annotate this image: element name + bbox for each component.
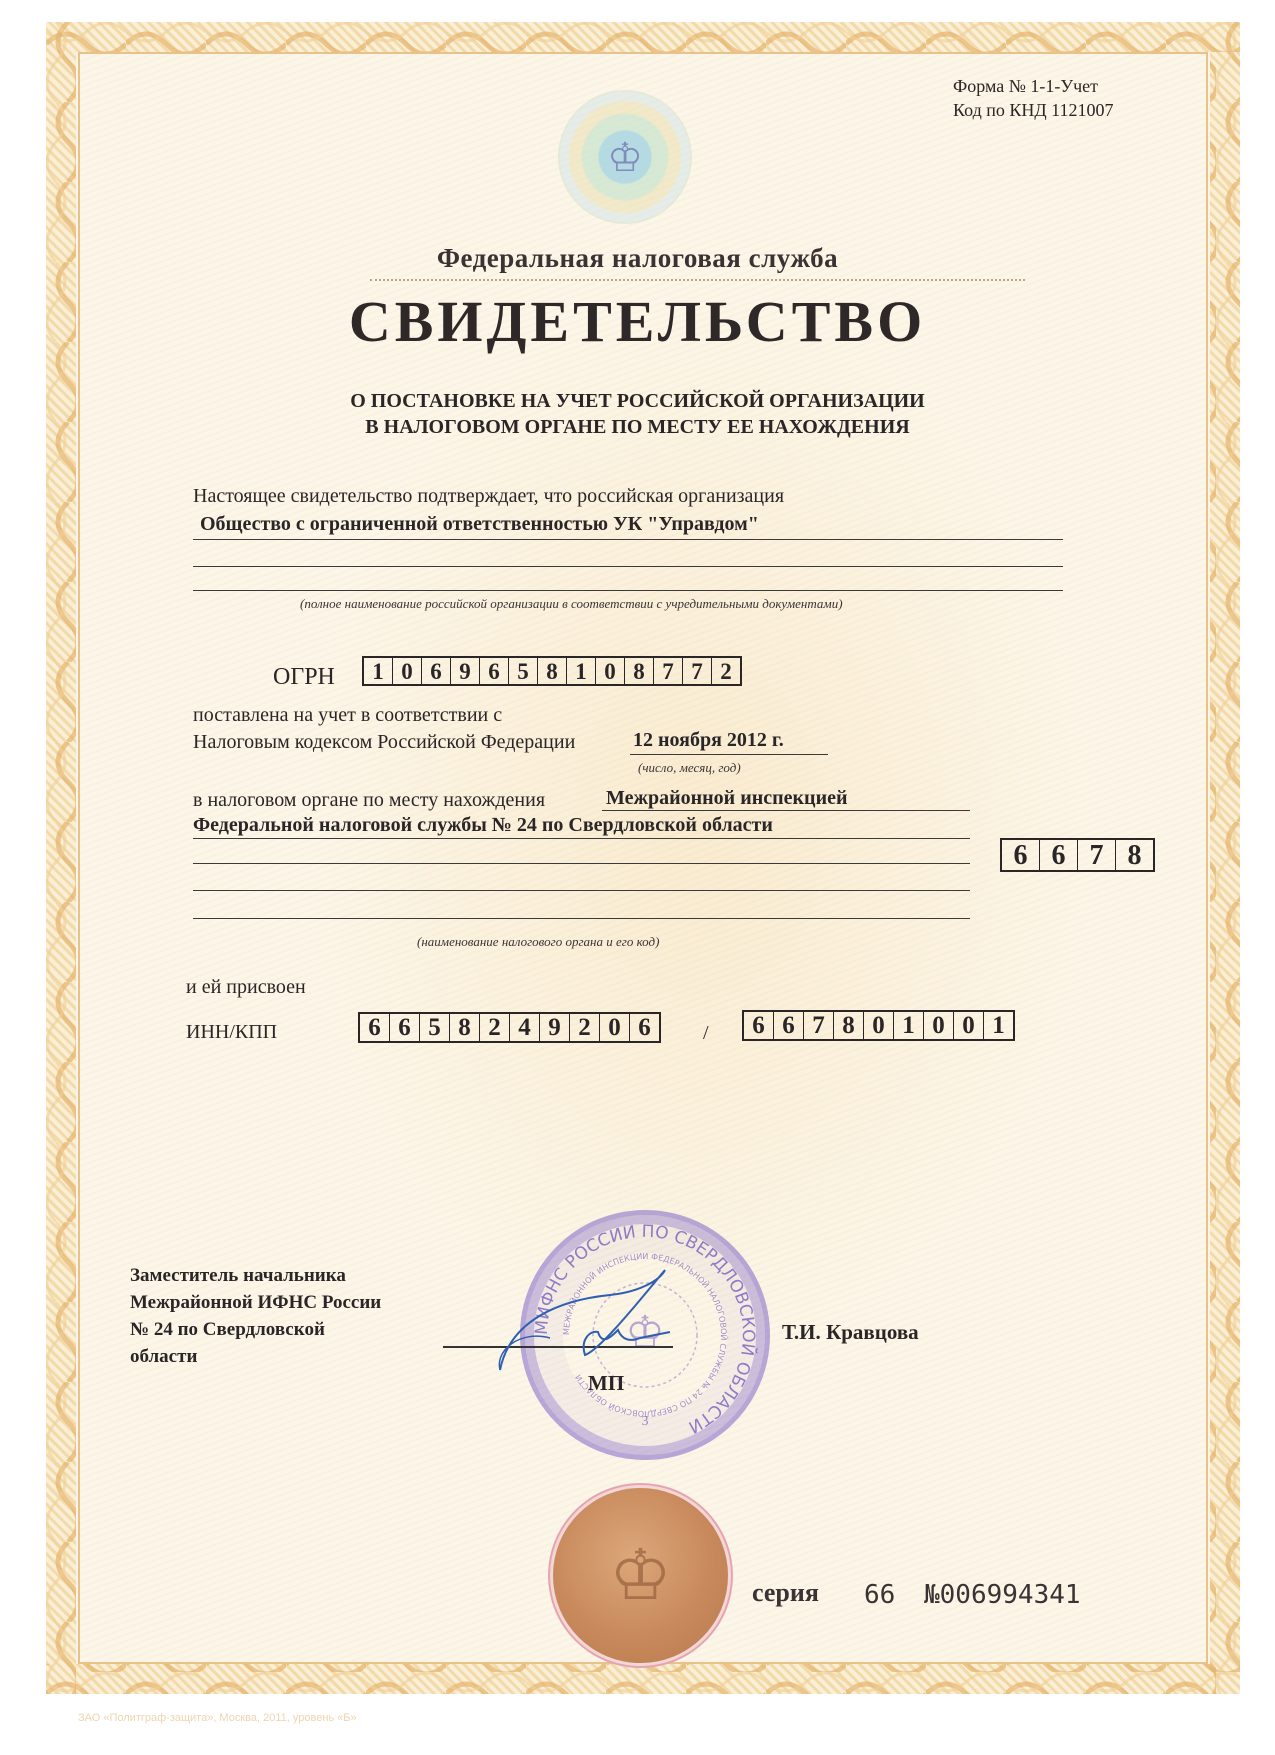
authority-line-1 bbox=[602, 810, 970, 811]
printer-note: ЗАО «Политграф-защита», Москва, 2011, ур… bbox=[78, 1712, 357, 1724]
authority-line-4 bbox=[193, 890, 970, 891]
inn-digit-boxes: 6658249206 bbox=[358, 1012, 661, 1043]
digit-box: 6 bbox=[1040, 840, 1078, 870]
document-title: СВИДЕТЕЛЬСТВО bbox=[0, 288, 1275, 355]
digit-box: 7 bbox=[683, 658, 712, 684]
kpp-digit-boxes: 667801001 bbox=[742, 1010, 1015, 1041]
digit-box: 8 bbox=[1116, 840, 1153, 870]
digit-box: 2 bbox=[712, 658, 740, 684]
digit-box: 0 bbox=[393, 658, 422, 684]
digit-box: 2 bbox=[480, 1014, 510, 1041]
organization-name: Общество с ограниченной ответственностью… bbox=[200, 513, 759, 536]
digit-box: 7 bbox=[1078, 840, 1116, 870]
ogrn-label: ОГРН bbox=[273, 664, 335, 691]
authority-line-2 bbox=[193, 838, 970, 839]
digit-box: 0 bbox=[600, 1014, 630, 1041]
digit-box: 6 bbox=[630, 1014, 659, 1041]
digit-box: 7 bbox=[654, 658, 683, 684]
organization-intro: Настоящее свидетельство подтверждает, чт… bbox=[193, 485, 784, 508]
russian-eagle-icon: ♔ bbox=[607, 134, 643, 181]
registration-date: 12 ноября 2012 г. bbox=[633, 729, 784, 752]
registration-line-1: поставлена на учет в соответствии с bbox=[193, 704, 502, 727]
digit-box: 8 bbox=[538, 658, 567, 684]
stamp-place-label: МП bbox=[588, 1371, 624, 1396]
serial-number: №006994341 bbox=[924, 1580, 1081, 1610]
digit-box: 4 bbox=[510, 1014, 540, 1041]
inn-kpp-label: ИНН/КПП bbox=[186, 1021, 277, 1044]
subtitle-line-2: В НАЛОГОВОМ ОРГАНЕ ПО МЕСТУ ЕЕ НАХОЖДЕНИ… bbox=[0, 414, 1275, 440]
embossed-seal: ♔ bbox=[553, 1488, 728, 1663]
digit-box: 7 bbox=[804, 1012, 834, 1039]
authority-line-3 bbox=[193, 863, 970, 864]
organization-hint: (полное наименование российской организа… bbox=[300, 596, 843, 612]
tax-authority-intro: в налоговом органе по месту нахождения bbox=[193, 789, 545, 812]
knd-code: Код по КНД 1121007 bbox=[953, 98, 1114, 122]
digit-box: 5 bbox=[420, 1014, 450, 1041]
signer-name: Т.И. Кравцова bbox=[782, 1320, 919, 1345]
serial-label: серия bbox=[752, 1578, 819, 1608]
hologram-emblem: ♔ bbox=[560, 92, 690, 222]
ogrn-digit-boxes: 1069658108772 bbox=[362, 656, 742, 686]
org-line-1 bbox=[193, 539, 1063, 540]
digit-box: 6 bbox=[1002, 840, 1040, 870]
digit-box: 6 bbox=[360, 1014, 390, 1041]
digit-box: 8 bbox=[834, 1012, 864, 1039]
digit-box: 9 bbox=[451, 658, 480, 684]
signer-position: Заместитель начальника Межрайонной ИФНС … bbox=[130, 1262, 381, 1370]
stamp-number: 3 bbox=[642, 1414, 649, 1429]
digit-box: 8 bbox=[625, 658, 654, 684]
digit-box: 0 bbox=[864, 1012, 894, 1039]
tax-authority-hint: (наименование налогового органа и его ко… bbox=[417, 934, 659, 950]
digit-box: 1 bbox=[567, 658, 596, 684]
position-line-2: Межрайонной ИФНС России bbox=[130, 1289, 381, 1316]
russian-eagle-icon: ♔ bbox=[609, 1534, 672, 1617]
registration-line-2: Налоговым кодексом Российской Федерации bbox=[193, 731, 575, 754]
digit-box: 5 bbox=[509, 658, 538, 684]
digit-box: 2 bbox=[570, 1014, 600, 1041]
digit-box: 0 bbox=[924, 1012, 954, 1039]
digit-box: 9 bbox=[540, 1014, 570, 1041]
digit-box: 8 bbox=[450, 1014, 480, 1041]
digit-box: 6 bbox=[422, 658, 451, 684]
inn-kpp-separator: / bbox=[703, 1022, 709, 1045]
digit-box: 1 bbox=[984, 1012, 1013, 1039]
digit-box: 1 bbox=[894, 1012, 924, 1039]
position-line-3: № 24 по Свердловской bbox=[130, 1316, 381, 1343]
tax-authority-name-2: Федеральной налоговой службы № 24 по Све… bbox=[193, 814, 773, 837]
form-number: Форма № 1-1-Учет bbox=[953, 74, 1114, 98]
digit-box: 6 bbox=[480, 658, 509, 684]
date-hint: (число, месяц, год) bbox=[638, 760, 741, 776]
digit-box: 6 bbox=[744, 1012, 774, 1039]
digit-box: 6 bbox=[774, 1012, 804, 1039]
form-code: Форма № 1-1-Учет Код по КНД 1121007 bbox=[953, 74, 1114, 122]
tax-authority-code-boxes: 6678 bbox=[1000, 838, 1155, 872]
position-line-1: Заместитель начальника bbox=[130, 1262, 381, 1289]
authority-line-5 bbox=[193, 918, 970, 919]
header-divider bbox=[370, 279, 1025, 281]
org-line-2 bbox=[193, 566, 1063, 567]
serial-series: 66 bbox=[864, 1580, 895, 1610]
digit-box: 1 bbox=[364, 658, 393, 684]
agency-name: Федеральная налоговая служба bbox=[0, 243, 1275, 274]
org-line-3 bbox=[193, 590, 1063, 591]
digit-box: 0 bbox=[954, 1012, 984, 1039]
tax-authority-name-1: Межрайонной инспекцией bbox=[606, 787, 848, 810]
date-underline bbox=[630, 754, 828, 755]
digit-box: 0 bbox=[596, 658, 625, 684]
document-subtitle: О ПОСТАНОВКЕ НА УЧЕТ РОССИЙСКОЙ ОРГАНИЗА… bbox=[0, 388, 1275, 440]
subtitle-line-1: О ПОСТАНОВКЕ НА УЧЕТ РОССИЙСКОЙ ОРГАНИЗА… bbox=[0, 388, 1275, 414]
digit-box: 6 bbox=[390, 1014, 420, 1041]
assigned-intro: и ей присвоен bbox=[186, 976, 306, 999]
position-line-4: области bbox=[130, 1343, 381, 1370]
